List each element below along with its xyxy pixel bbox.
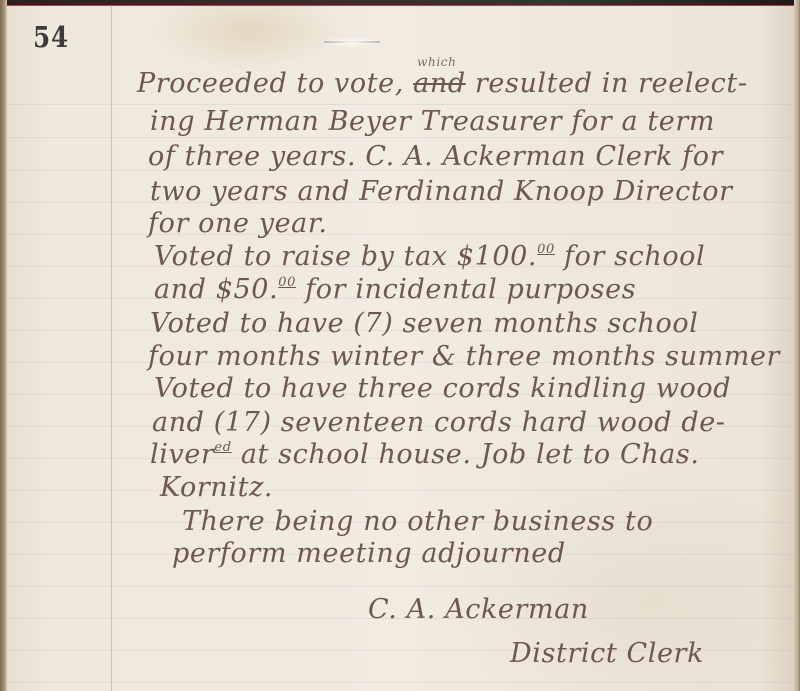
minutes-line-2: ing Herman Beyer Treasurer for a term bbox=[150, 108, 715, 135]
signature-title: District Clerk bbox=[510, 640, 704, 667]
ruled-line bbox=[8, 137, 796, 138]
minutes-line-8: Voted to have (7) seven months school bbox=[150, 310, 698, 337]
ruled-line bbox=[8, 104, 796, 105]
minutes-line-7: and $50.00 for incidental purposes bbox=[154, 276, 636, 303]
page-top-edge bbox=[0, 0, 800, 6]
line-text: for school bbox=[555, 241, 705, 272]
minutes-line-6: Voted to raise by tax $100.00 for school bbox=[154, 243, 705, 270]
struck-word: and bbox=[413, 68, 466, 99]
line-text: Proceeded to vote, bbox=[137, 68, 404, 99]
ruled-line bbox=[8, 490, 796, 491]
line-text: for incidental purposes bbox=[296, 274, 636, 305]
book-binding bbox=[0, 0, 7, 691]
ruled-line bbox=[8, 586, 796, 587]
minutes-line-11: and (17) seventeen cords hard wood de- bbox=[152, 409, 726, 436]
minutes-line-12: livered at school house. Job let to Chas… bbox=[150, 441, 700, 468]
page-number: 54 bbox=[33, 20, 69, 54]
minutes-line-15: perform meeting adjourned bbox=[172, 540, 566, 567]
minutes-line-9: four months winter & three months summer bbox=[148, 343, 780, 370]
binding-stitch bbox=[318, 38, 386, 46]
inserted-word: which bbox=[417, 56, 456, 68]
cents-superscript: 00 bbox=[537, 242, 555, 257]
minutes-line-13: Kornitz. bbox=[160, 474, 273, 501]
correction: which and bbox=[413, 70, 466, 97]
ruled-line bbox=[8, 682, 796, 683]
line-text: resulted in reelect- bbox=[475, 68, 748, 99]
minutes-line-14: There being no other business to bbox=[182, 508, 653, 535]
minutes-line-3: of three years. C. A. Ackerman Clerk for bbox=[148, 143, 723, 170]
line-text: and $50. bbox=[154, 274, 278, 305]
superscript: ed bbox=[214, 440, 231, 455]
ruled-line bbox=[8, 234, 796, 235]
minutes-line-1: Proceeded to vote, which and resulted in… bbox=[137, 70, 748, 97]
line-text: Voted to raise by tax $100. bbox=[154, 241, 537, 272]
margin-rule bbox=[111, 5, 112, 691]
line-text: liver bbox=[150, 439, 214, 470]
line-text: at school house. Job let to Chas. bbox=[232, 439, 700, 470]
minutes-line-5: for one year. bbox=[148, 210, 328, 237]
signature-name: C. A. Ackerman bbox=[368, 596, 589, 623]
ledger-page: 54 Proceeded to vote, which and resulted… bbox=[0, 0, 800, 691]
minutes-line-4: two years and Ferdinand Knoop Director bbox=[150, 178, 733, 205]
cents-superscript: 00 bbox=[278, 275, 296, 290]
minutes-line-10: Voted to have three cords kindling wood bbox=[154, 375, 731, 402]
